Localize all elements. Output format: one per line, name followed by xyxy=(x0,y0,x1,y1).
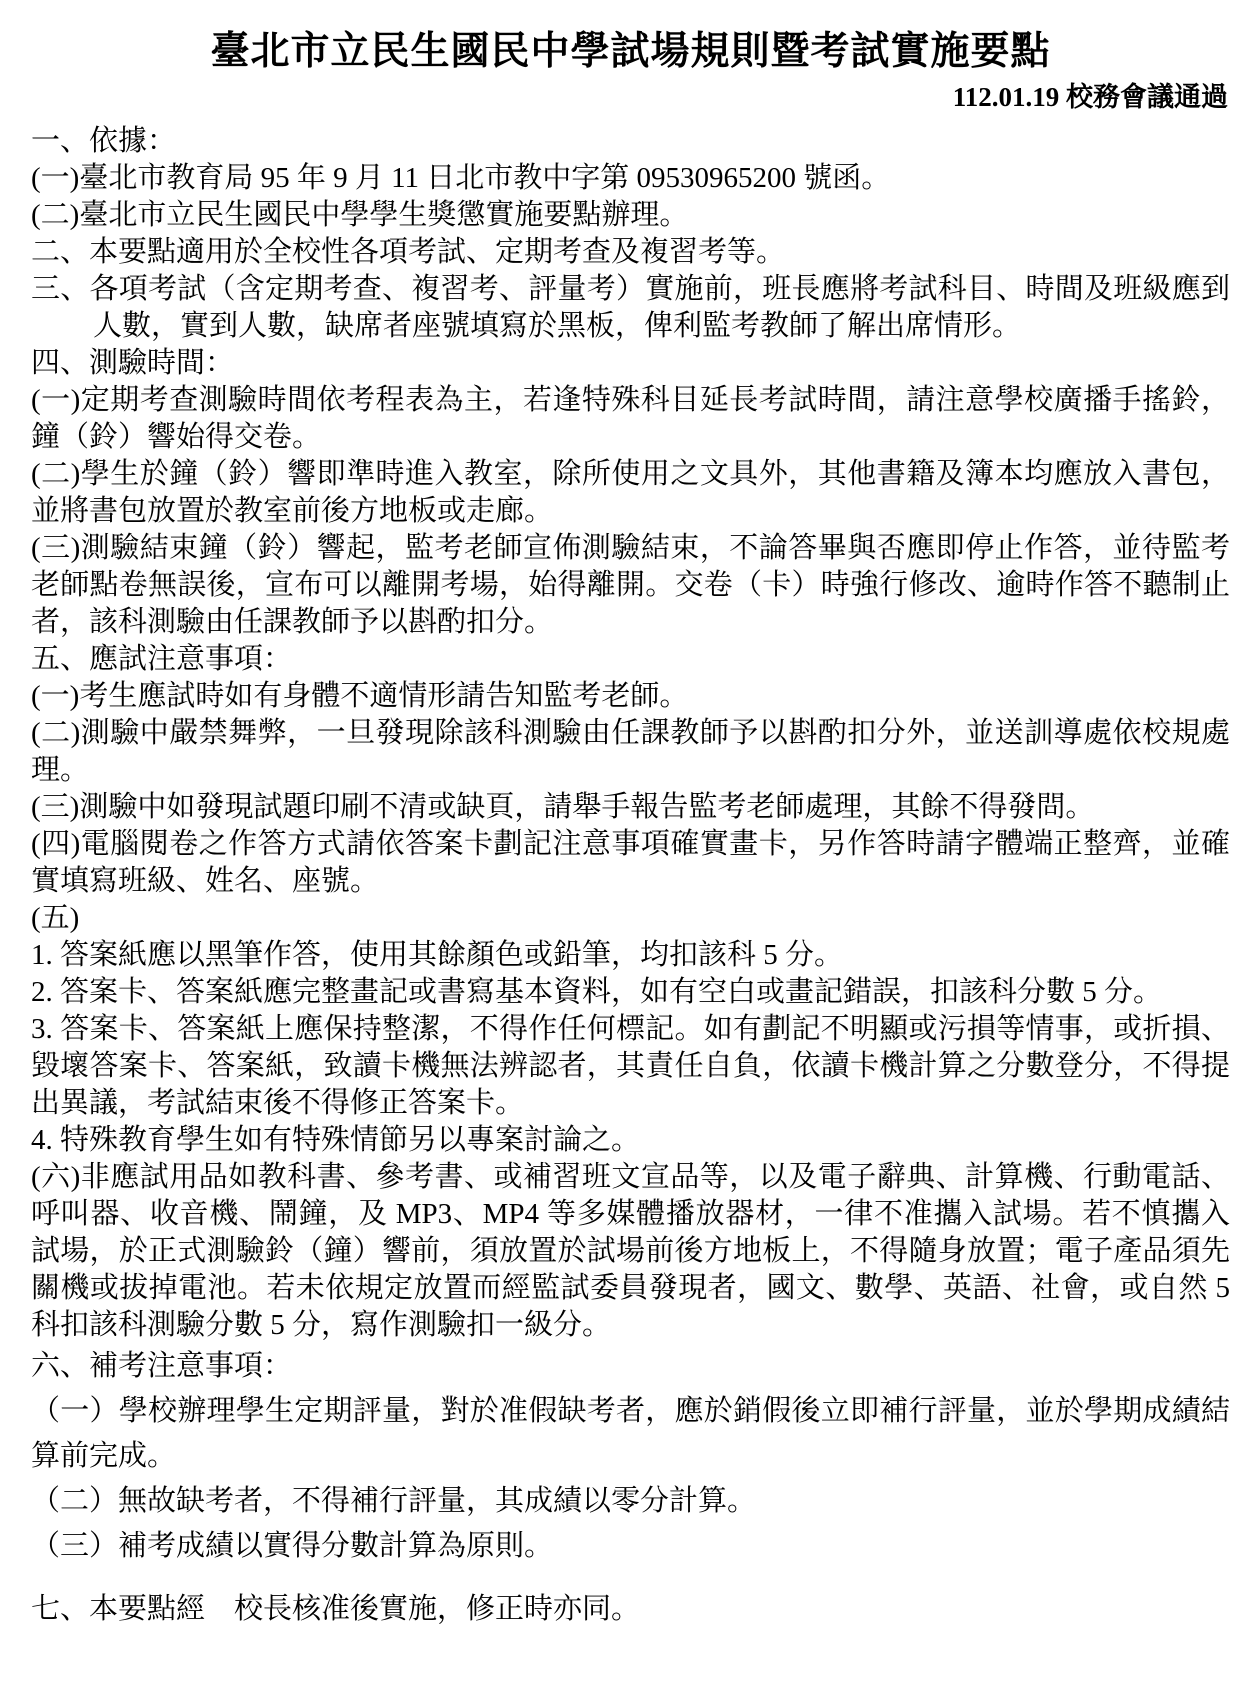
clause-6-2: （二）無故缺考者，不得補行評量，其成績以零分計算。 xyxy=(31,1479,1230,1524)
clause-4-1: (一)定期考查測驗時間依考程表為主，若逢特殊科目延長考試時間，請注意學校廣播手搖… xyxy=(31,382,1230,456)
clause-5-5-item-3: 3. 答案卡、答案紙上應保持整潔，不得作任何標記。如有劃記不明顯或污損等情事，或… xyxy=(31,1011,1230,1122)
doc-body: 一、依據： (一)臺北市教育局 95 年 9 月 11 日北市教中字第 0953… xyxy=(31,123,1230,1632)
clause-6-1: （一）學校辦理學生定期評量，對於准假缺考者，應於銷假後立即補行評量，並於學期成績… xyxy=(31,1389,1230,1479)
approval-note: 112.01.19 校務會議通過 xyxy=(31,81,1228,113)
doc-title: 臺北市立民生國民中學試場規則暨考試實施要點 xyxy=(31,28,1230,77)
section-7: 七、本要點經 校長核准後實施，修正時亦同。 xyxy=(31,1587,1230,1632)
clause-6-3: （三）補考成績以實得分數計算為原則。 xyxy=(31,1524,1230,1569)
clause-5-2: (二)測驗中嚴禁舞弊，一旦發現除該科測驗由任課教師予以斟酌扣分外，並送訓導處依校… xyxy=(31,715,1230,789)
section-6-heading: 六、補考注意事項： xyxy=(31,1344,1230,1389)
document-page: 臺北市立民生國民中學試場規則暨考試實施要點 112.01.19 校務會議通過 一… xyxy=(0,0,1258,1686)
clause-5-3: (三)測驗中如發現試題印刷不清或缺頁，請舉手報告監考老師處理，其餘不得發問。 xyxy=(31,789,1230,826)
clause-5-5-item-2: 2. 答案卡、答案紙應完整畫記或書寫基本資料，如有空白或畫記錯誤，扣該科分數 5… xyxy=(31,974,1230,1011)
clause-1-1: (一)臺北市教育局 95 年 9 月 11 日北市教中字第 0953096520… xyxy=(31,160,1230,197)
clause-5-5-heading: (五) xyxy=(31,900,1230,937)
section-1-heading: 一、依據： xyxy=(31,123,1230,160)
clause-1-2: (二)臺北市立民生國民中學學生獎懲實施要點辦理。 xyxy=(31,197,1230,234)
clause-5-4: (四)電腦閱卷之作答方式請依答案卡劃記注意事項確實畫卡，另作答時請字體端正整齊，… xyxy=(31,826,1230,900)
section-5-heading: 五、應試注意事項： xyxy=(31,641,1230,678)
clause-5-5-item-4: 4. 特殊教育學生如有特殊情節另以專案討論之。 xyxy=(31,1122,1230,1159)
clause-4-3: (三)測驗結束鐘（鈴）響起，監考老師宣佈測驗結束，不論答畢與否應即停止作答，並待… xyxy=(31,530,1230,641)
clause-5-6: (六)非應試用品如教科書、參考書、或補習班文宣品等，以及電子辭典、計算機、行動電… xyxy=(31,1159,1230,1344)
clause-5-5-item-1: 1. 答案紙應以黑筆作答，使用其餘顏色或鉛筆，均扣該科 5 分。 xyxy=(31,937,1230,974)
section-4-heading: 四、測驗時間： xyxy=(31,345,1230,382)
clause-4-2: (二)學生於鐘（鈴）響即準時進入教室，除所使用之文具外，其他書籍及簿本均應放入書… xyxy=(31,456,1230,530)
section-3: 三、各項考試（含定期考查、複習考、評量考）實施前，班長應將考試科目、時間及班級應… xyxy=(31,271,1230,345)
section-2: 二、本要點適用於全校性各項考試、定期考查及複習考等。 xyxy=(31,234,1230,271)
clause-5-1: (一)考生應試時如有身體不適情形請告知監考老師。 xyxy=(31,678,1230,715)
